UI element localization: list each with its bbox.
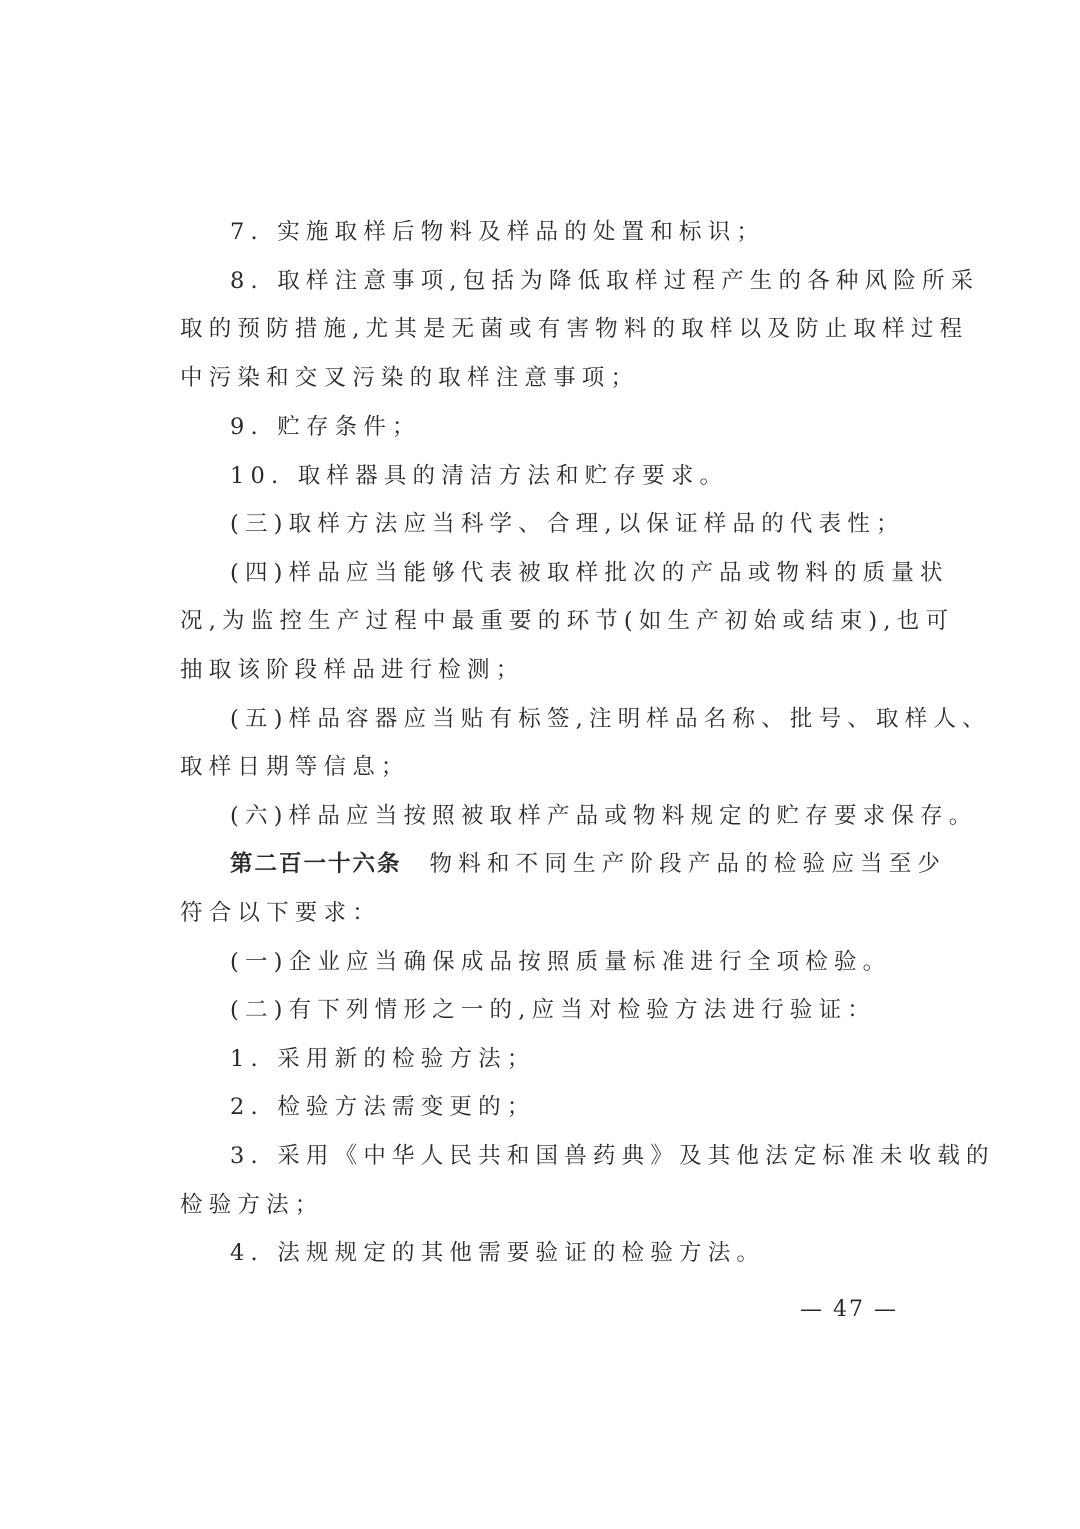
list-item-9: 9. 贮存条件；	[230, 409, 955, 445]
list-item-7: 7. 实施取样后物料及样品的处置和标识；	[230, 214, 955, 250]
article-216: 第二百一十六条物料和不同生产阶段产品的检验应当至少	[230, 846, 955, 882]
list-item-8-cont: 取的预防措施,尤其是无菌或有害物料的取样以及防止取样过程	[180, 311, 905, 347]
page-number: — 47 —	[800, 1292, 898, 1328]
list-item-3-cont: 检验方法；	[180, 1187, 905, 1223]
clause-4: (四)样品应当能够代表被取样批次的产品或物料的质量状	[230, 555, 955, 591]
clause-3: (三)取样方法应当科学、合理,以保证样品的代表性；	[230, 506, 955, 542]
clause-2: (二)有下列情形之一的,应当对检验方法进行验证：	[230, 992, 955, 1028]
clause-1: (一)企业应当确保成品按照质量标准进行全项检验。	[230, 944, 955, 980]
list-item-8: 8. 取样注意事项,包括为降低取样过程产生的各种风险所采	[230, 263, 955, 299]
list-item-1: 1. 采用新的检验方法；	[230, 1041, 955, 1077]
list-item-4: 4. 法规规定的其他需要验证的检验方法。	[230, 1235, 955, 1271]
article-216-cont: 符合以下要求：	[180, 895, 905, 931]
list-item-8-cont: 中污染和交叉污染的取样注意事项；	[180, 360, 905, 396]
clause-4-cont: 抽取该阶段样品进行检测；	[180, 652, 905, 688]
article-216-text: 物料和不同生产阶段产品的检验应当至少	[430, 851, 947, 877]
clause-5: (五)样品容器应当贴有标签,注明样品名称、批号、取样人、	[230, 701, 955, 737]
article-heading: 第二百一十六条	[230, 851, 402, 877]
list-item-10: 10. 取样器具的清洁方法和贮存要求。	[230, 458, 955, 494]
list-item-2: 2. 检验方法需变更的；	[230, 1089, 955, 1125]
document-page: 7. 实施取样后物料及样品的处置和标识； 8. 取样注意事项,包括为降低取样过程…	[0, 0, 1080, 1529]
clause-4-cont: 况,为监控生产过程中最重要的环节(如生产初始或结束),也可	[180, 603, 905, 639]
list-item-3: 3. 采用《中华人民共和国兽药典》及其他法定标准未收载的	[230, 1138, 955, 1174]
clause-5-cont: 取样日期等信息；	[180, 749, 905, 785]
clause-6: (六)样品应当按照被取样产品或物料规定的贮存要求保存。	[230, 798, 955, 834]
